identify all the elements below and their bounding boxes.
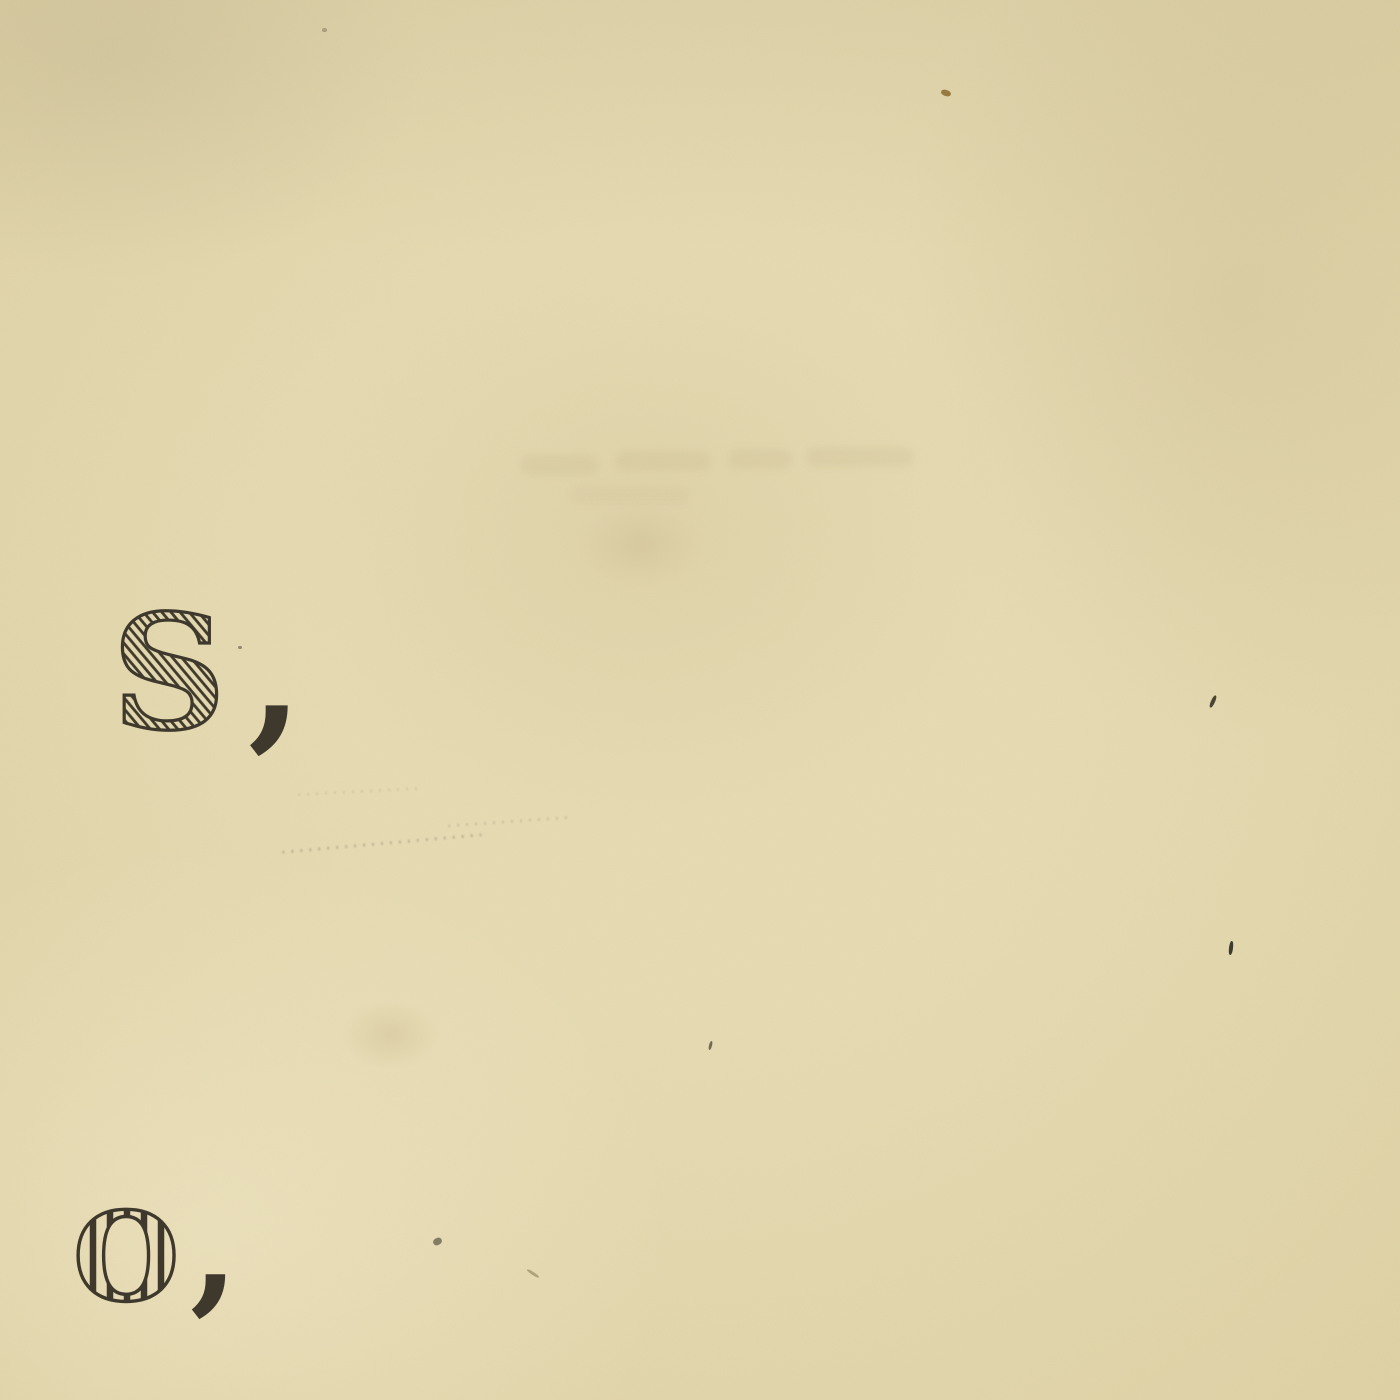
paper-grain-texture [0, 0, 1400, 1400]
paper-sheet: S , O , [0, 0, 1400, 1400]
